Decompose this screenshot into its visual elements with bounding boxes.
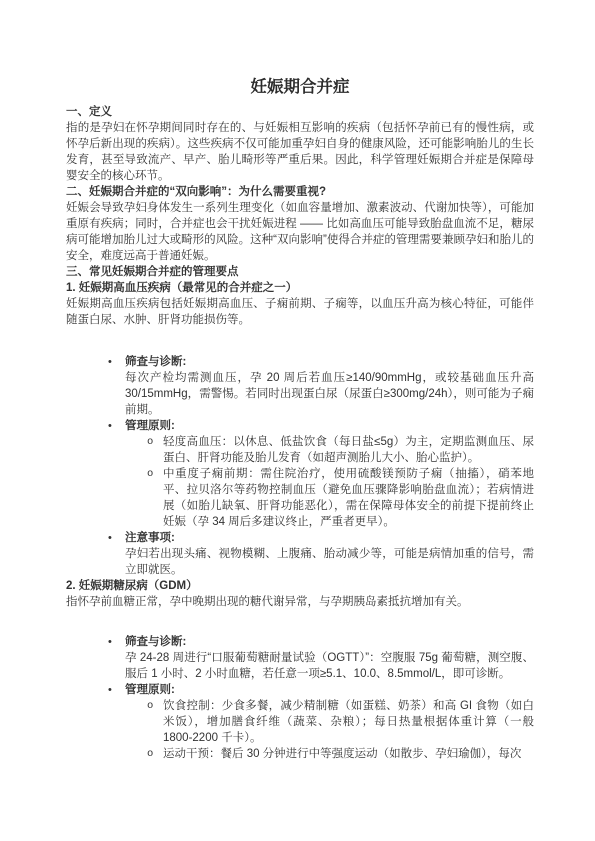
circle-bullet-icon: o bbox=[147, 698, 153, 714]
sub-item-mild-hypertension: o轻度高血压：以休息、低盐饮食（每日盐≤5g）为主，定期监测血压、尿蛋白、肝肾功… bbox=[66, 434, 534, 466]
section-impact-body: 妊娠会导致孕妇身体发生一系列生理变化（如血容量增加、激素波动、代谢加快等），可能… bbox=[66, 200, 534, 264]
hypertension-bullet-list: • 筛查与诊断: 每次产检均需测血压，孕 20 周后若血压≥140/90mmHg… bbox=[66, 354, 534, 578]
bullet-icon: • bbox=[108, 634, 112, 650]
list-item-notes: • 注意事项: bbox=[66, 530, 534, 546]
list-item-gdm-principles: • 管理原则: bbox=[66, 682, 534, 698]
principle-mild-text: 轻度高血压：以休息、低盐饮食（每日盐≤5g）为主，定期监测血压、尿蛋白、肝肾功能… bbox=[163, 436, 534, 464]
hypertension-heading: 1. 妊娠期高血压疾病（最常见的合并症之一） bbox=[66, 280, 534, 296]
section-definition-body: 指的是孕妇在怀孕期间同时存在的、与妊娠相互影响的疾病（包括怀孕前已有的慢性病，或… bbox=[66, 120, 534, 184]
sub-item-exercise: o运动干预：餐后 30 分钟进行中等强度运动（如散步、孕妇瑜伽），每次 bbox=[66, 746, 534, 762]
gdm-bullet-list: • 筛查与诊断: 孕 24-28 周进行“口服葡萄糖耐量试验（OGTT）”：空腹… bbox=[66, 634, 534, 762]
section-impact-heading: 二、妊娠期合并症的“双向影响”：为什么需要重视? bbox=[66, 184, 534, 200]
screening-label: 筛查与诊断: bbox=[125, 356, 186, 368]
notes-label: 注意事项: bbox=[125, 532, 175, 544]
circle-bullet-icon: o bbox=[147, 434, 153, 450]
principles-label: 管理原则: bbox=[125, 420, 175, 432]
section-management-heading: 三、常见妊娠期合并症的管理要点 bbox=[66, 264, 534, 280]
bullet-icon: • bbox=[108, 418, 112, 434]
sub-item-severe-preeclampsia: o中重度子痫前期：需住院治疗，使用硫酸镁预防子痫（抽搐），硝苯地平、拉贝洛尔等药… bbox=[66, 466, 534, 530]
principle-exercise-text: 运动干预：餐后 30 分钟进行中等强度运动（如散步、孕妇瑜伽），每次 bbox=[163, 748, 521, 760]
gdm-screening-label: 筛查与诊断: bbox=[125, 636, 186, 648]
notes-text: 孕妇若出现头痛、视物模糊、上腹痛、胎动减少等，可能是病情加重的信号，需立即就医。 bbox=[66, 546, 534, 578]
circle-bullet-icon: o bbox=[147, 466, 153, 482]
section-definition-heading: 一、定义 bbox=[66, 104, 534, 120]
sub-item-diet-control: o饮食控制：少食多餐，减少精制糖（如蛋糕、奶茶）和高 GI 食物（如白米饭），增… bbox=[66, 698, 534, 746]
principle-severe-text: 中重度子痫前期：需住院治疗，使用硫酸镁预防子痫（抽搐），硝苯地平、拉贝洛尔等药物… bbox=[163, 468, 534, 528]
hypertension-intro: 妊娠期高血压疾病包括妊娠期高血压、子痫前期、子痫等，以血压升高为核心特征，可能伴… bbox=[66, 296, 534, 328]
bullet-icon: • bbox=[108, 530, 112, 546]
list-item-gdm-screening: • 筛查与诊断: bbox=[66, 634, 534, 650]
screening-text: 每次产检均需测血压，孕 20 周后若血压≥140/90mmHg，或较基础血压升高… bbox=[66, 370, 534, 418]
list-item-principles: • 管理原则: bbox=[66, 418, 534, 434]
principle-diet-text: 饮食控制：少食多餐，减少精制糖（如蛋糕、奶茶）和高 GI 食物（如白米饭），增加… bbox=[163, 700, 534, 744]
document-title: 妊娠期合并症 bbox=[66, 76, 534, 98]
gdm-screening-text: 孕 24-28 周进行“口服葡萄糖耐量试验（OGTT）”：空腹服 75g 葡萄糖… bbox=[66, 650, 534, 682]
document-page: 妊娠期合并症 一、定义 指的是孕妇在怀孕期间同时存在的、与妊娠相互影响的疾病（包… bbox=[0, 0, 595, 841]
gdm-principles-label: 管理原则: bbox=[125, 684, 175, 696]
list-item-screening: • 筛查与诊断: bbox=[66, 354, 534, 370]
circle-bullet-icon: o bbox=[147, 746, 153, 762]
gdm-intro: 指怀孕前血糖正常，孕中晚期出现的糖代谢异常，与孕期胰岛素抵抗增加有关。 bbox=[66, 594, 534, 610]
bullet-icon: • bbox=[108, 682, 112, 698]
bullet-icon: • bbox=[108, 354, 112, 370]
gdm-heading: 2. 妊娠期糖尿病（GDM） bbox=[66, 578, 534, 594]
